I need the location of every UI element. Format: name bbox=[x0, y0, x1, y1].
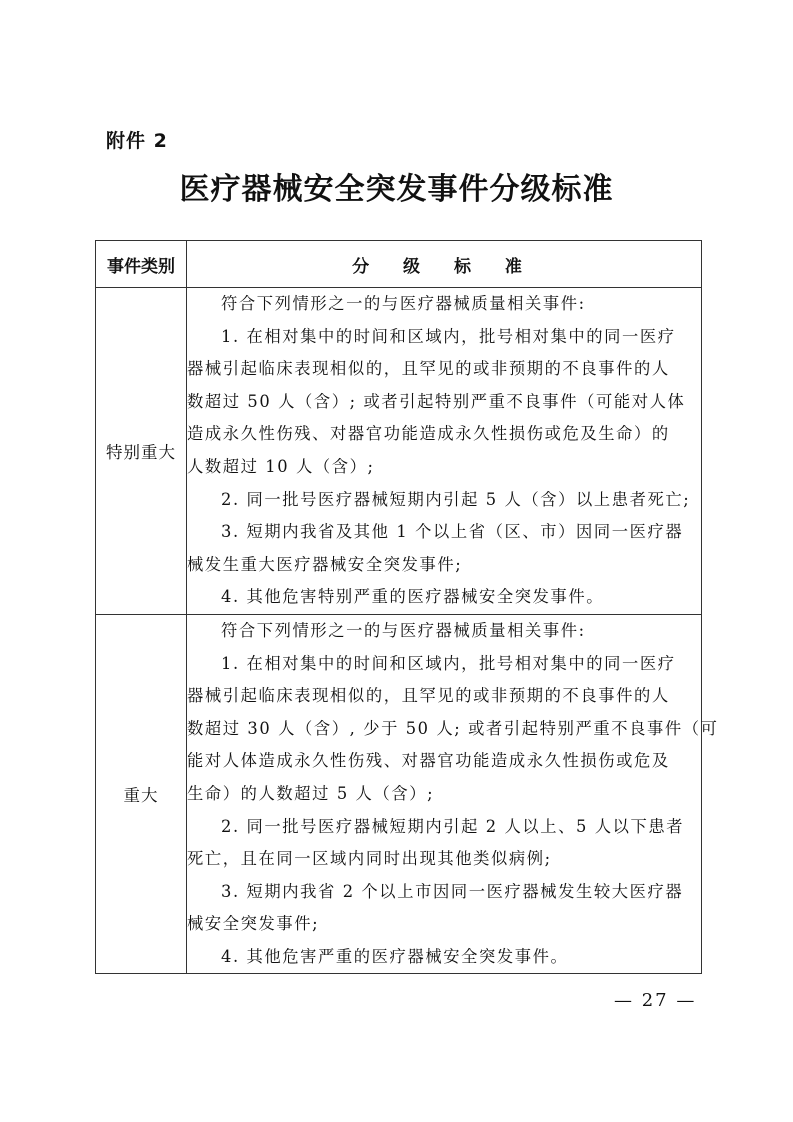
attachment-label: 附件 2 bbox=[106, 126, 168, 153]
criteria-line: 械安全突发事件; bbox=[187, 908, 701, 941]
table-row: 特别重大符合下列情形之一的与医疗器械质量相关事件:1. 在相对集中的时间和区域内… bbox=[96, 288, 702, 615]
grading-criteria-cell: 符合下列情形之一的与医疗器械质量相关事件:1. 在相对集中的时间和区域内，批号相… bbox=[187, 288, 702, 615]
criteria-line: 能对人体造成永久性伤残、对器官功能造成永久性损伤或危及 bbox=[187, 745, 701, 778]
criteria-line: 数超过 50 人（含）; 或者引起特别严重不良事件（可能对人体 bbox=[187, 386, 701, 419]
criteria-line: 2. 同一批号医疗器械短期内引起 5 人（含）以上患者死亡; bbox=[187, 484, 701, 517]
grading-standards-table: 事件类别 分 级 标 准 特别重大符合下列情形之一的与医疗器械质量相关事件:1.… bbox=[95, 240, 702, 974]
table-header-row: 事件类别 分 级 标 准 bbox=[96, 241, 702, 288]
criteria-line: 3. 短期内我省及其他 1 个以上省（区、市）因同一医疗器 bbox=[187, 516, 701, 549]
criteria-line: 符合下列情形之一的与医疗器械质量相关事件: bbox=[187, 615, 701, 648]
document-title: 医疗器械安全突发事件分级标准 bbox=[0, 164, 793, 208]
page-number: — 27 — bbox=[614, 990, 696, 1011]
criteria-line: 造成永久性伤残、对器官功能造成永久性损伤或危及生命）的 bbox=[187, 418, 701, 451]
criteria-line: 死亡，且在同一区域内同时出现其他类似病例; bbox=[187, 843, 701, 876]
criteria-line: 1. 在相对集中的时间和区域内，批号相对集中的同一医疗 bbox=[187, 648, 701, 681]
header-event-category: 事件类别 bbox=[96, 241, 187, 288]
event-category-cell: 重大 bbox=[96, 614, 187, 974]
table-row: 重大符合下列情形之一的与医疗器械质量相关事件:1. 在相对集中的时间和区域内，批… bbox=[96, 614, 702, 974]
criteria-line: 4. 其他危害特别严重的医疗器械安全突发事件。 bbox=[187, 581, 701, 614]
header-grading-standard: 分 级 标 准 bbox=[187, 241, 702, 288]
event-category-cell: 特别重大 bbox=[96, 288, 187, 615]
criteria-line: 人数超过 10 人（含）; bbox=[187, 451, 701, 484]
criteria-line: 1. 在相对集中的时间和区域内，批号相对集中的同一医疗 bbox=[187, 321, 701, 354]
criteria-line: 4. 其他危害严重的医疗器械安全突发事件。 bbox=[187, 941, 701, 974]
criteria-line: 器械引起临床表现相似的，且罕见的或非预期的不良事件的人 bbox=[187, 680, 701, 713]
criteria-line: 械发生重大医疗器械安全突发事件; bbox=[187, 549, 701, 582]
criteria-line: 数超过 30 人（含）, 少于 50 人; 或者引起特别严重不良事件（可 bbox=[187, 713, 701, 746]
criteria-line: 生命）的人数超过 5 人（含）; bbox=[187, 778, 701, 811]
criteria-line: 2. 同一批号医疗器械短期内引起 2 人以上、5 人以下患者 bbox=[187, 811, 701, 844]
grading-criteria-cell: 符合下列情形之一的与医疗器械质量相关事件:1. 在相对集中的时间和区域内，批号相… bbox=[187, 614, 702, 974]
criteria-line: 器械引起临床表现相似的，且罕见的或非预期的不良事件的人 bbox=[187, 353, 701, 386]
criteria-line: 符合下列情形之一的与医疗器械质量相关事件: bbox=[187, 288, 701, 321]
criteria-line: 3. 短期内我省 2 个以上市因同一医疗器械发生较大医疗器 bbox=[187, 876, 701, 909]
